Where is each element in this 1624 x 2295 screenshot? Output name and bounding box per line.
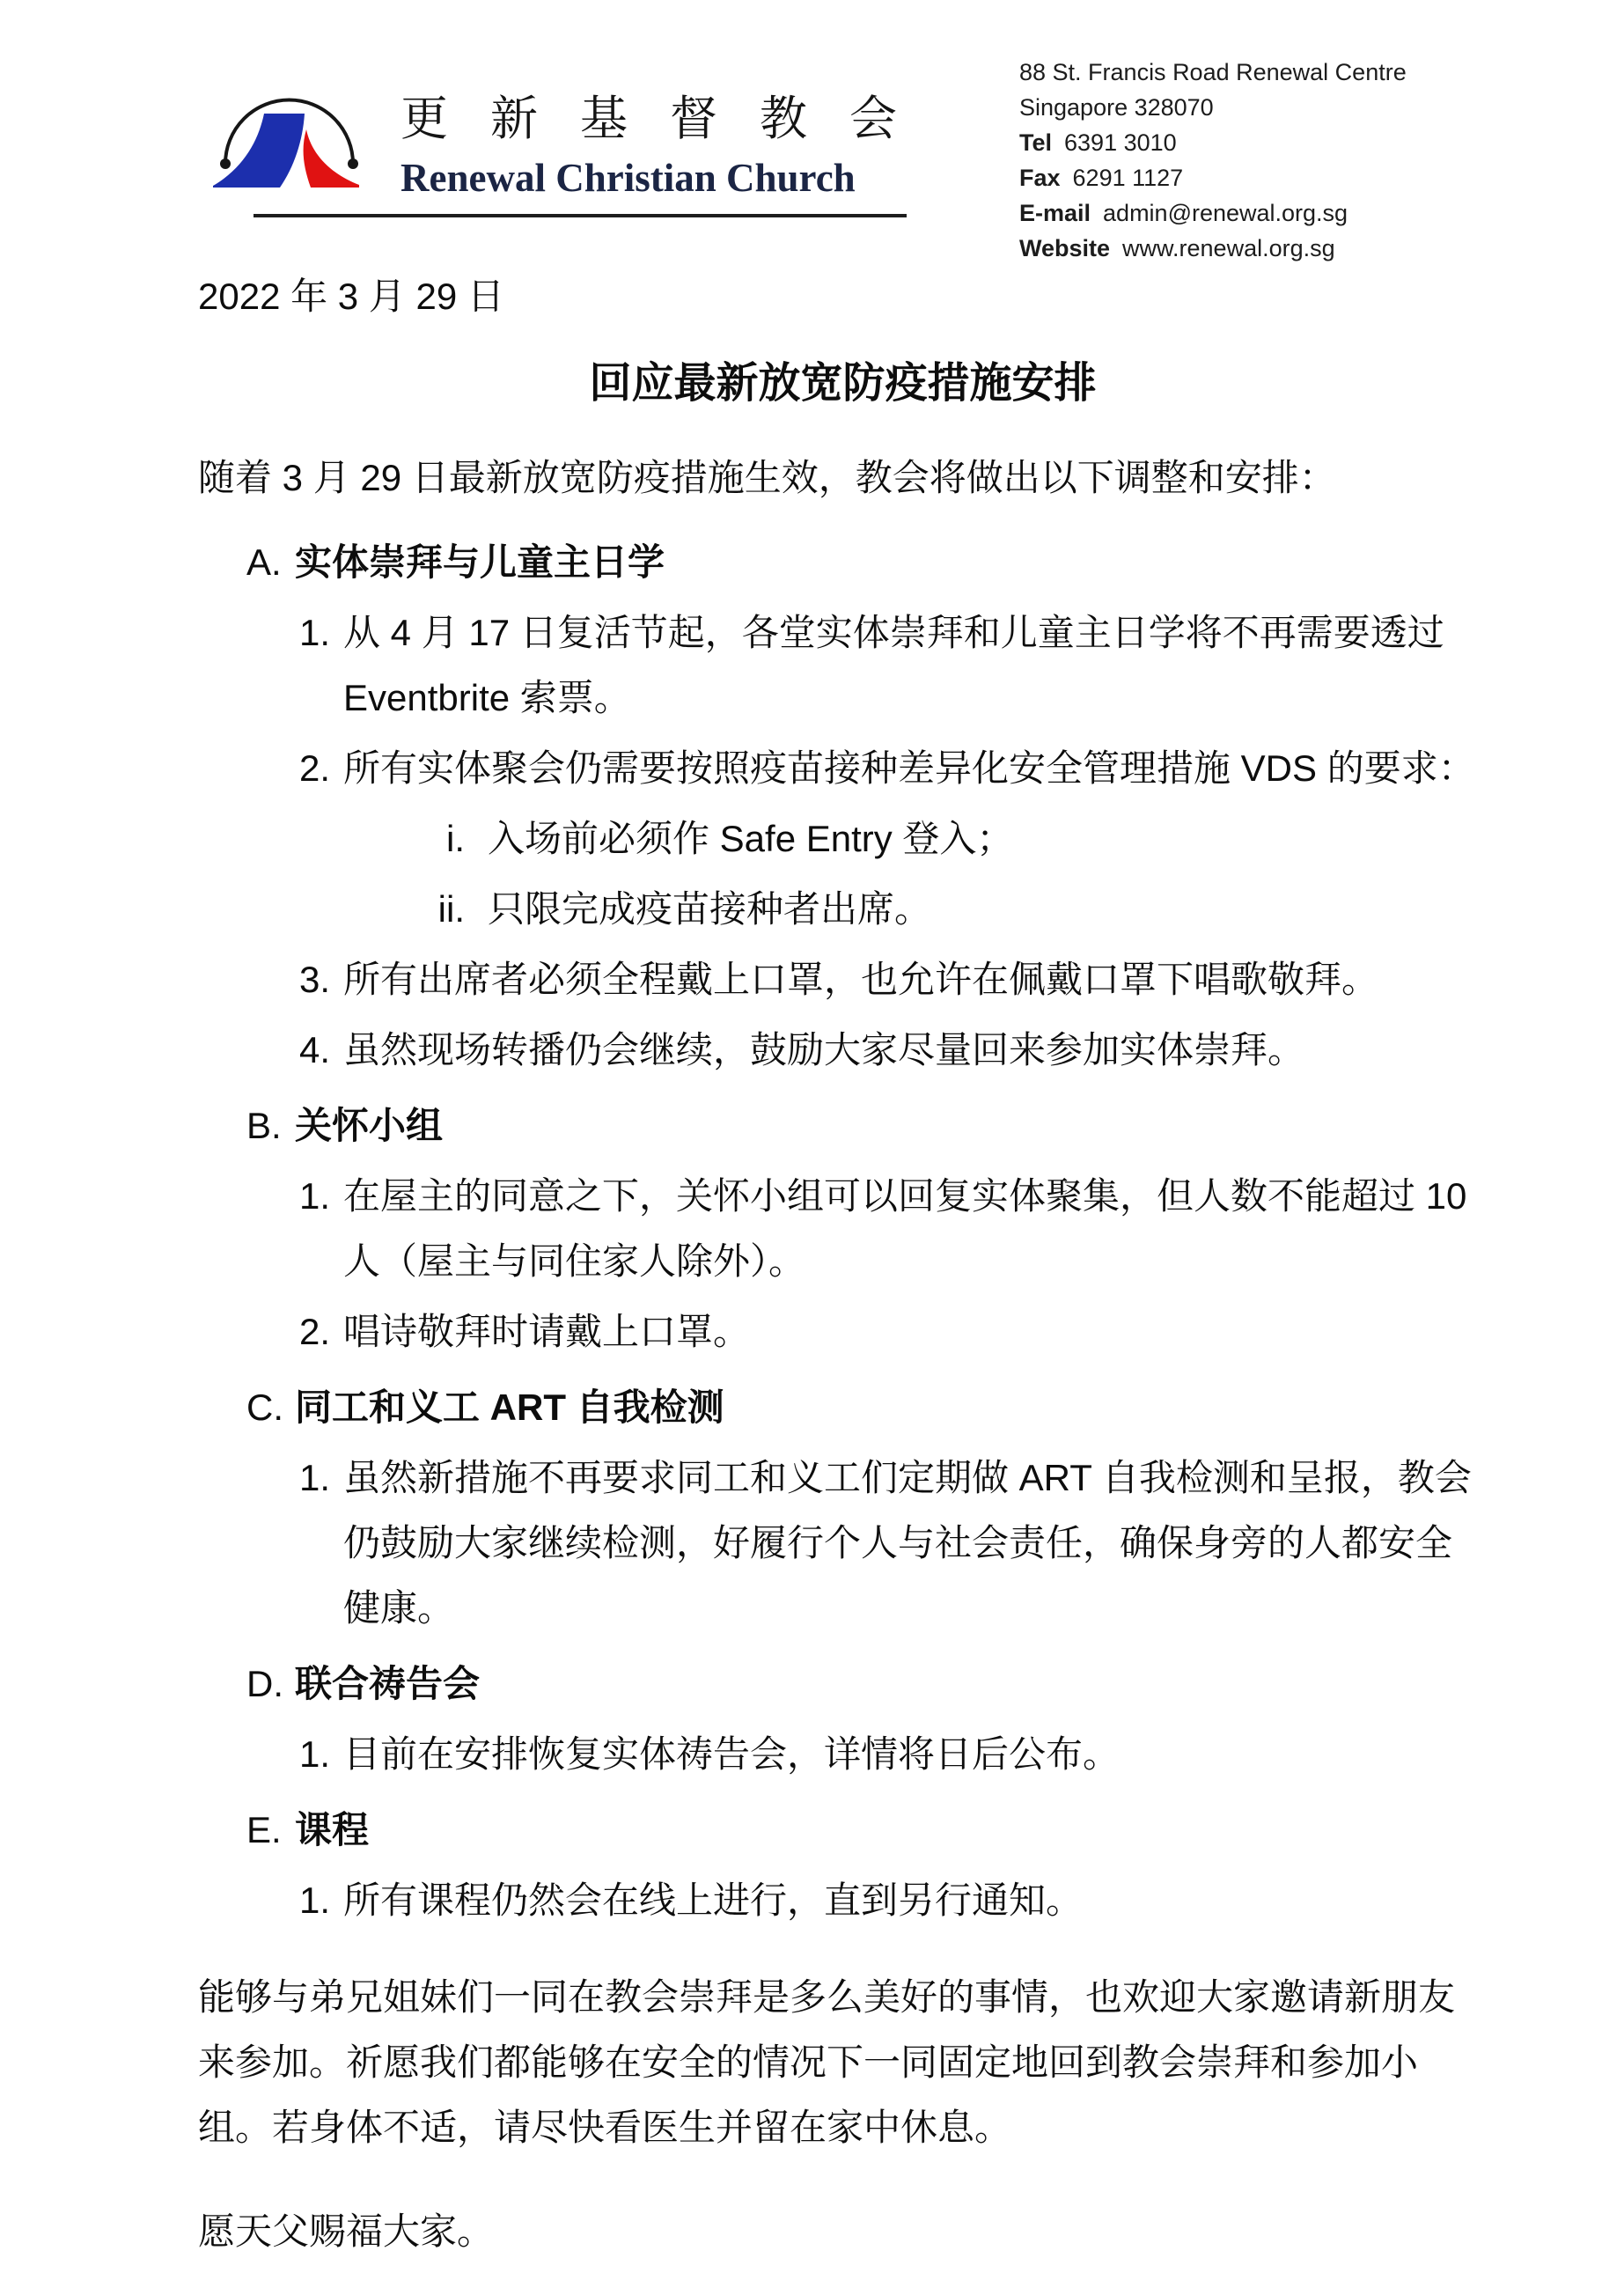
date-line: 2022 年 3 月 29 日 — [198, 264, 1488, 329]
item-number: 1. — [299, 600, 343, 731]
item-number: 3. — [299, 947, 343, 1012]
item-text: 所有课程仍然会在线上进行，直到另行通知。 — [343, 1868, 1488, 1933]
fax-value: 6291 1127 — [1073, 165, 1184, 191]
item-number: 1. — [299, 1164, 343, 1294]
org-names: 更新基督教会 Renewal Christian Church — [400, 88, 929, 201]
section-heading-row: E. 课程 — [246, 1798, 1488, 1863]
section-a: A. 实体崇拜与儿童主日学 1. 从 4 月 17 日复活节起，各堂实体崇拜和儿… — [246, 530, 1488, 1083]
sub-list: i. 入场前必须作 Safe Entry 登入； ii. 只限完成疫苗接种者出席… — [423, 806, 1488, 942]
contact-website-line: Websitewww.renewal.org.sg — [1019, 231, 1407, 266]
document-page: 更新基督教会 Renewal Christian Church 88 St. F… — [0, 0, 1624, 2295]
section-c: C. 同工和义工 ART 自我检测 1. 虽然新措施不再要求同工和义工们定期做 … — [246, 1375, 1488, 1641]
contact-address-line2: Singapore 328070 — [1019, 90, 1407, 125]
sub-item-number: ii. — [423, 877, 488, 942]
section-letter: A. — [246, 530, 295, 595]
document-title: 回应最新放宽防疫措施安排 — [198, 349, 1488, 419]
item-text: 目前在安排恢复实体祷告会，详情将日后公布。 — [343, 1722, 1488, 1787]
section-items: 1. 所有课程仍然会在线上进行，直到另行通知。 — [299, 1868, 1488, 1933]
sections: A. 实体崇拜与儿童主日学 1. 从 4 月 17 日复活节起，各堂实体崇拜和儿… — [198, 530, 1488, 1933]
list-item: 4. 虽然现场转播仍会继续，鼓励大家尽量回来参加实体崇拜。 — [299, 1018, 1488, 1083]
section-heading: 同工和义工 ART 自我检测 — [295, 1375, 724, 1440]
list-item: 2. 所有实体聚会仍需要按照疫苗接种差异化安全管理措施 VDS 的要求： i. … — [299, 736, 1488, 942]
item-text: 虽然现场转播仍会继续，鼓励大家尽量回来参加实体崇拜。 — [343, 1018, 1488, 1083]
section-heading-row: C. 同工和义工 ART 自我检测 — [246, 1375, 1488, 1440]
list-item: 3. 所有出席者必须全程戴上口罩，也允许在佩戴口罩下唱歌敬拜。 — [299, 947, 1488, 1012]
header-divider — [254, 214, 907, 217]
blessing-line: 愿天父赐福大家。 — [198, 2199, 1488, 2264]
item-text-wrap: 所有实体聚会仍需要按照疫苗接种差异化安全管理措施 VDS 的要求： i. 入场前… — [343, 736, 1488, 942]
contact-address-line1: 88 St. Francis Road Renewal Centre — [1019, 55, 1407, 90]
section-items: 1. 目前在安排恢复实体祷告会，详情将日后公布。 — [299, 1722, 1488, 1787]
logo-arc-dot-right — [348, 158, 358, 169]
section-d: D. 联合祷告会 1. 目前在安排恢复实体祷告会，详情将日后公布。 — [246, 1651, 1488, 1787]
list-item: 1. 虽然新措施不再要求同工和义工们定期做 ART 自我检测和呈报，教会仍鼓励大… — [299, 1445, 1488, 1641]
closing-paragraph: 能够与弟兄姐妹们一同在教会崇拜是多么美好的事情，也欢迎大家邀请新朋友来参加。祈愿… — [198, 1965, 1488, 2160]
item-text: 虽然新措施不再要求同工和义工们定期做 ART 自我检测和呈报，教会仍鼓励大家继续… — [343, 1445, 1488, 1641]
list-item: 1. 目前在安排恢复实体祷告会，详情将日后公布。 — [299, 1722, 1488, 1787]
section-b: B. 关怀小组 1. 在屋主的同意之下，关怀小组可以回复实体聚集，但人数不能超过… — [246, 1093, 1488, 1364]
section-letter: D. — [246, 1651, 295, 1717]
section-items: 1. 在屋主的同意之下，关怀小组可以回复实体聚集，但人数不能超过 10 人（屋主… — [299, 1164, 1488, 1364]
website-value: www.renewal.org.sg — [1122, 235, 1335, 261]
email-value: admin@renewal.org.sg — [1103, 200, 1348, 226]
section-items: 1. 从 4 月 17 日复活节起，各堂实体崇拜和儿童主日学将不再需要透过 Ev… — [299, 600, 1488, 1083]
sub-item-text: 只限完成疫苗接种者出席。 — [488, 877, 1488, 942]
item-text: 唱诗敬拜时请戴上口罩。 — [343, 1299, 1488, 1364]
logo-red-stroke — [304, 129, 359, 188]
section-heading: 联合祷告会 — [295, 1651, 480, 1717]
email-label: E-mail — [1019, 200, 1091, 226]
section-letter: C. — [246, 1375, 295, 1440]
intro-paragraph: 随着 3 月 29 日最新放宽防疫措施生效，教会将做出以下调整和安排： — [198, 445, 1488, 511]
website-label: Website — [1019, 235, 1110, 261]
item-number: 1. — [299, 1722, 343, 1787]
section-letter: E. — [246, 1798, 295, 1863]
fax-label: Fax — [1019, 165, 1061, 191]
section-heading-row: A. 实体崇拜与儿童主日学 — [246, 530, 1488, 595]
list-item: 1. 所有课程仍然会在线上进行，直到另行通知。 — [299, 1868, 1488, 1933]
item-text: 所有实体聚会仍需要按照疫苗接种差异化安全管理措施 VDS 的要求： — [343, 747, 1475, 789]
section-heading-row: B. 关怀小组 — [246, 1093, 1488, 1159]
sub-list-item: ii. 只限完成疫苗接种者出席。 — [423, 877, 1488, 942]
org-name-english: Renewal Christian Church — [400, 155, 929, 201]
item-number: 4. — [299, 1018, 343, 1083]
list-item: 2. 唱诗敬拜时请戴上口罩。 — [299, 1299, 1488, 1364]
item-text: 从 4 月 17 日复活节起，各堂实体崇拜和儿童主日学将不再需要透过 Event… — [343, 600, 1488, 731]
contact-block: 88 St. Francis Road Renewal Centre Singa… — [1019, 55, 1407, 266]
section-letter: B. — [246, 1093, 295, 1159]
item-text: 在屋主的同意之下，关怀小组可以回复实体聚集，但人数不能超过 10 人（屋主与同住… — [343, 1164, 1488, 1294]
section-e: E. 课程 1. 所有课程仍然会在线上进行，直到另行通知。 — [246, 1798, 1488, 1933]
letterhead: 更新基督教会 Renewal Christian Church 88 St. F… — [0, 0, 1624, 264]
logo-arc-dot-left — [220, 158, 231, 169]
tel-label: Tel — [1019, 129, 1052, 156]
section-items: 1. 虽然新措施不再要求同工和义工们定期做 ART 自我检测和呈报，教会仍鼓励大… — [299, 1445, 1488, 1641]
sub-item-text: 入场前必须作 Safe Entry 登入； — [488, 806, 1488, 872]
sub-item-number: i. — [423, 806, 488, 872]
item-number: 1. — [299, 1868, 343, 1933]
list-item: 1. 在屋主的同意之下，关怀小组可以回复实体聚集，但人数不能超过 10 人（屋主… — [299, 1164, 1488, 1294]
section-heading-row: D. 联合祷告会 — [246, 1651, 1488, 1717]
item-number: 1. — [299, 1445, 343, 1641]
item-number: 2. — [299, 736, 343, 942]
section-heading: 关怀小组 — [295, 1093, 443, 1159]
contact-tel-line: Tel6391 3010 — [1019, 125, 1407, 160]
org-name-chinese: 更新基督教会 — [400, 88, 929, 150]
contact-fax-line: Fax6291 1127 — [1019, 160, 1407, 195]
sub-list-item: i. 入场前必须作 Safe Entry 登入； — [423, 806, 1488, 872]
contact-email-line: E-mailadmin@renewal.org.sg — [1019, 195, 1407, 231]
section-heading: 实体崇拜与儿童主日学 — [295, 530, 665, 595]
list-item: 1. 从 4 月 17 日复活节起，各堂实体崇拜和儿童主日学将不再需要透过 Ev… — [299, 600, 1488, 731]
item-text: 所有出席者必须全程戴上口罩，也允许在佩戴口罩下唱歌敬拜。 — [343, 947, 1488, 1012]
section-heading: 课程 — [295, 1798, 369, 1863]
item-number: 2. — [299, 1299, 343, 1364]
tel-value: 6391 3010 — [1064, 129, 1177, 156]
document-body: 2022 年 3 月 29 日 回应最新放宽防疫措施安排 随着 3 月 29 日… — [198, 264, 1488, 2264]
